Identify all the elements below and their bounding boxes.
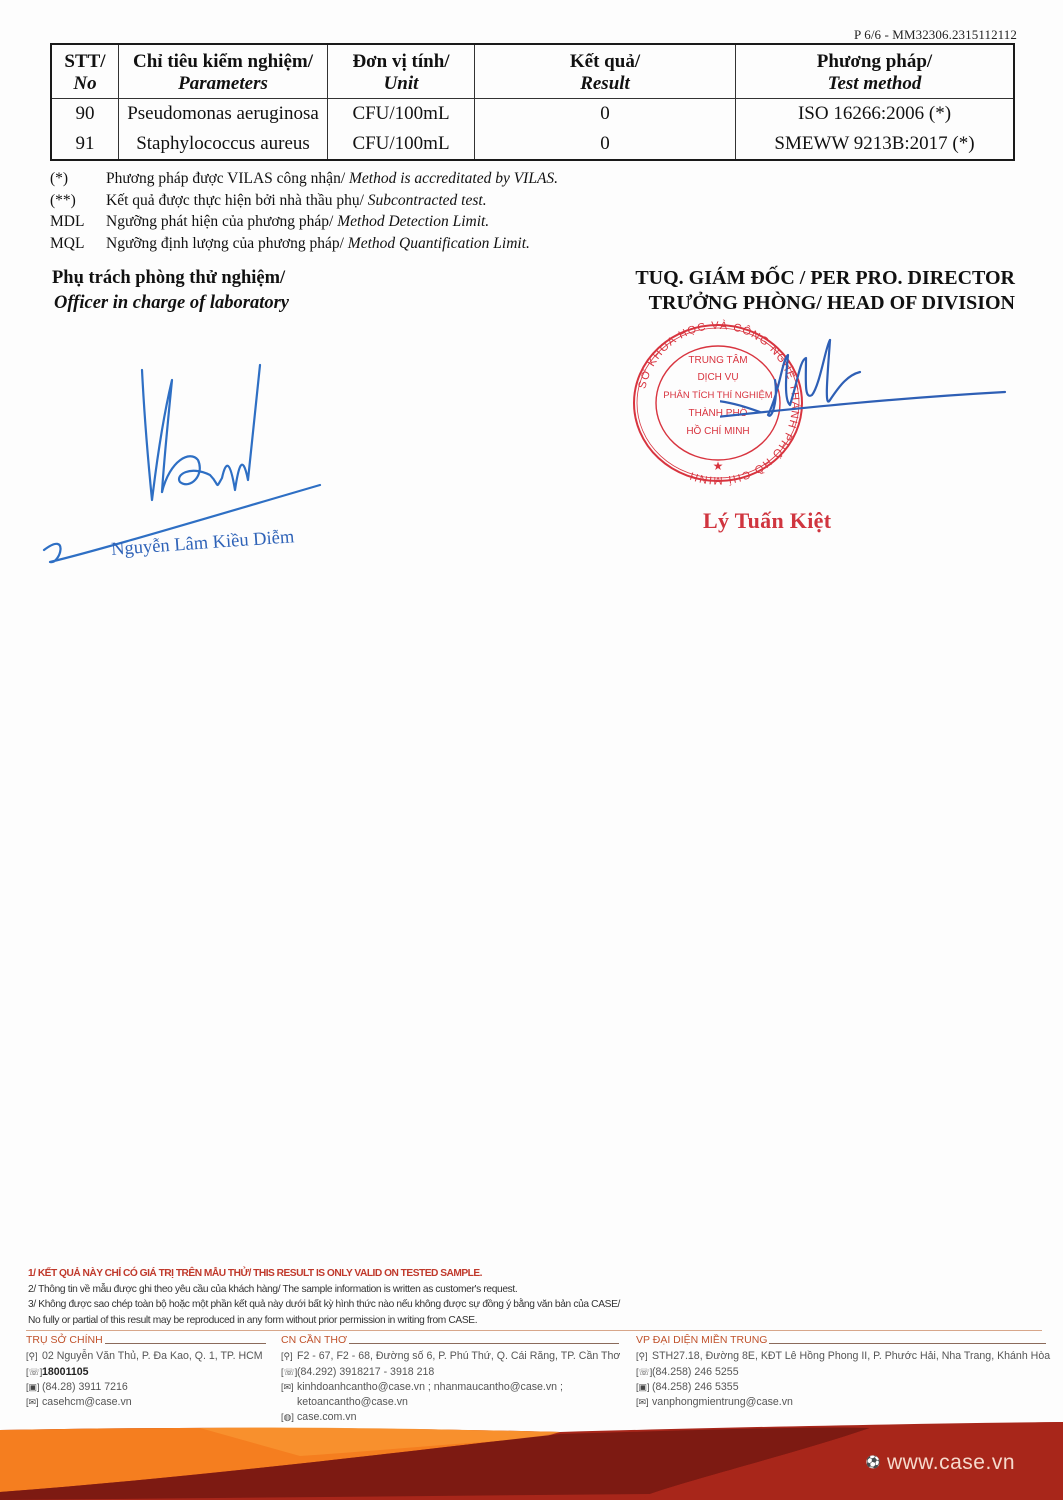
email-icon: [✉]: [26, 1395, 42, 1410]
office-address: 02 Nguyễn Văn Thủ, P. Đa Kao, Q. 1, TP. …: [42, 1349, 263, 1364]
email-icon: [✉]: [636, 1395, 652, 1410]
cell-unit: CFU/100mL: [328, 129, 475, 160]
email-icon: [✉]: [281, 1380, 297, 1395]
note-accredited: (*)Phương pháp được VILAS công nhận/ Met…: [50, 168, 558, 190]
office-title: TRỤ SỞ CHÍNH: [26, 1333, 103, 1348]
note-mql: MQLNgưỡng định lượng của phương pháp/ Me…: [50, 233, 558, 255]
office-address: STH27.18, Đường 8E, KĐT Lê Hồng Phong II…: [652, 1349, 1050, 1364]
phone-icon: [☏]: [26, 1365, 42, 1380]
location-icon: [⚲]: [26, 1349, 42, 1364]
header-parameters: Chỉ tiêu kiểm nghiệm/Parameters: [119, 44, 328, 99]
footer-note-3: 3/ Không được sao chép toàn bộ hoặc một …: [28, 1297, 620, 1313]
phone-icon: [☏]: [281, 1365, 297, 1380]
website-link[interactable]: ⚽www.case.vn: [866, 1451, 1016, 1475]
header-unit: Đơn vị tính/Unit: [328, 44, 475, 99]
office-email-2[interactable]: ketoancantho@case.vn: [297, 1395, 408, 1410]
office-fax: (84.28) 3911 7216: [42, 1380, 128, 1395]
location-icon: [⚲]: [281, 1349, 297, 1364]
office-email[interactable]: casehcm@case.vn: [42, 1395, 132, 1410]
legend-notes: (*)Phương pháp được VILAS công nhận/ Met…: [50, 168, 558, 254]
cell-result: 0: [475, 99, 736, 130]
office-address: F2 - 67, F2 - 68, Đường số 6, P. Phú Thứ…: [297, 1349, 620, 1364]
table-header-row: STT/No Chỉ tiêu kiểm nghiệm/Parameters Đ…: [51, 44, 1014, 99]
office-phone: (84.258) 246 5255: [652, 1365, 739, 1380]
cell-parameter: Pseudomonas aeruginosa: [119, 99, 328, 130]
cell-no: 90: [51, 99, 119, 130]
cell-method: ISO 16266:2006 (*): [736, 99, 1015, 130]
office-title: VP ĐẠI DIỆN MIỀN TRUNG: [636, 1333, 767, 1348]
fax-icon: [▣]: [636, 1380, 652, 1395]
footer-divider: [26, 1330, 1042, 1331]
footer-note-3-en: No fully or partial of this result may b…: [28, 1313, 620, 1329]
office-phone: (84.292) 3918217 - 3918 218: [297, 1365, 434, 1380]
office-fax: (84.258) 246 5355: [652, 1380, 739, 1395]
office-phone: 18001105: [42, 1365, 89, 1380]
note-mdl: MDLNgưỡng phát hiện của phương pháp/ Met…: [50, 211, 558, 233]
location-icon: [⚲]: [636, 1349, 652, 1364]
signer-name-right: Lý Tuấn Kiệt: [703, 508, 831, 534]
footer-note-1: 1/ KẾT QUẢ NÀY CHỈ CÓ GIÁ TRỊ TRÊN MẪU T…: [28, 1266, 620, 1282]
office-email[interactable]: kinhdoanhcantho@case.vn ; nhanmaucantho@…: [297, 1380, 563, 1395]
note-subcontracted: (**) Kết quả được thực hiện bởi nhà thầu…: [50, 190, 558, 212]
footer-notes: 1/ KẾT QUẢ NÀY CHỈ CÓ GIÁ TRỊ TRÊN MẪU T…: [28, 1266, 620, 1328]
header-no: STT/No: [51, 44, 119, 99]
office-central: VP ĐẠI DIỆN MIỀN TRUNG [⚲]STH27.18, Đườn…: [636, 1333, 1046, 1410]
office-title: CN CẦN THƠ: [281, 1333, 347, 1348]
fax-icon: [▣]: [26, 1380, 42, 1395]
globe-icon: ⚽: [866, 1455, 881, 1469]
page-reference: P 6/6 - MM32306.2315112112: [854, 27, 1017, 43]
table-row: 90 Pseudomonas aeruginosa CFU/100mL 0 IS…: [51, 99, 1014, 130]
office-can-tho: CN CẦN THƠ [⚲]F2 - 67, F2 - 68, Đường số…: [281, 1333, 619, 1426]
director-title: TUQ. GIÁM ĐỐC / PER PRO. DIRECTOR TRƯỞNG…: [635, 266, 1015, 316]
signature-right-icon: [720, 330, 1010, 450]
cell-parameter: Staphylococcus aureus: [119, 129, 328, 160]
header-test-method: Phương pháp/Test method: [736, 44, 1015, 99]
header-result: Kết quả/Result: [475, 44, 736, 99]
office-head-office: TRỤ SỞ CHÍNH [⚲]02 Nguyễn Văn Thủ, P. Đa…: [26, 1333, 266, 1410]
footer-note-2: 2/ Thông tin về mẫu được ghi theo yêu cầ…: [28, 1282, 620, 1298]
cell-no: 91: [51, 129, 119, 160]
svg-text:★: ★: [713, 459, 724, 473]
lab-officer-title: Phụ trách phòng thử nghiệm/ Officer in c…: [52, 266, 289, 316]
cell-method: SMEWW 9213B:2017 (*): [736, 129, 1015, 160]
results-table: STT/No Chỉ tiêu kiểm nghiệm/Parameters Đ…: [50, 43, 1015, 161]
office-email[interactable]: vanphongmientrung@case.vn: [652, 1395, 793, 1410]
cell-result: 0: [475, 129, 736, 160]
phone-icon: [☏]: [636, 1365, 652, 1380]
cell-unit: CFU/100mL: [328, 99, 475, 130]
table-row: 91 Staphylococcus aureus CFU/100mL 0 SME…: [51, 129, 1014, 160]
